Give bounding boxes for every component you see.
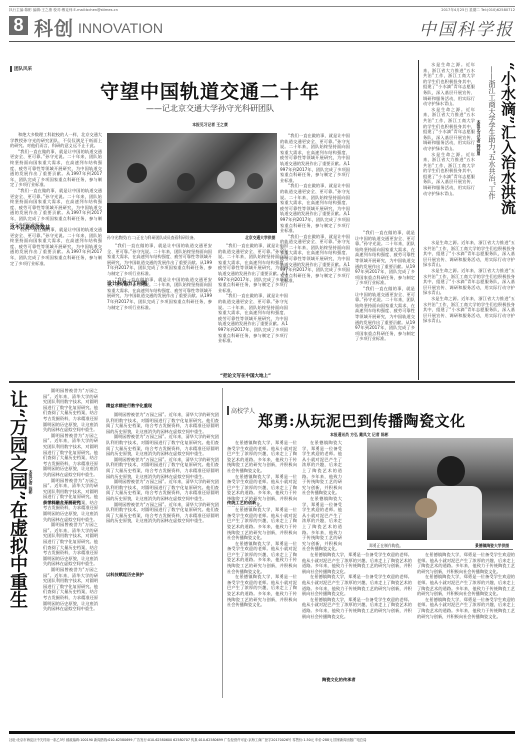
section-title-cn: 科创 xyxy=(34,14,74,41)
left-body-col2: 圆明园曾被誉为“万园之园”。近年来，清华大学的研究团队利用数字技术，对圆明园进行… xyxy=(106,412,219,698)
lead-body-col1: 和绝大多数理工科院校的人一样，北京交通大学教授孙守光的研究团队，不仅仅满足于纸面… xyxy=(10,132,102,374)
lead-subhead-2: 设计标准出了问题 xyxy=(107,280,147,287)
lead-body-col3: “我们一直在做的事，就是让中国的轨道交通更安全、更可靠。”孙守光说。二十年来，团… xyxy=(218,243,288,374)
staff-line: 执行主编:陈彬 编辑:王之康 校对:傅克炜 E-mail:bchen@stime… xyxy=(9,8,118,13)
masthead-top-rule xyxy=(9,6,515,7)
section-divider xyxy=(9,381,515,383)
lead-subhead-3: “把论文写在中国大地上” xyxy=(220,373,271,379)
lead-photo-caption: 孙守光教授(右二)正在与科研团队成员查看科研设备。 xyxy=(107,235,197,241)
side-body-col2: 水是生命之源。近年来，浙江省大力推进“五水共治”工作，浙江工商大学的学生们也积极… xyxy=(423,240,515,375)
feature-body-col4: 在景德镇陶瓷大学，郑勇是一位备受学生欢迎的老师。他从小就对泥巴产生了浓厚的兴趣，… xyxy=(417,552,515,698)
feature-photo-rule xyxy=(367,549,513,550)
lead-side-divider xyxy=(418,60,419,380)
side-byline: 本报见习记者 韩扬眉 xyxy=(477,120,482,156)
side-headline: “小水滴”汇入治水洪流 xyxy=(500,62,516,214)
masthead-bottom-rule xyxy=(9,41,515,42)
feature-photo xyxy=(367,438,513,540)
left-headline: 让“万园之园”在虚拟中重生 xyxy=(7,390,27,609)
lead-subheadline: ——记北京交通大学孙守光科研团队 xyxy=(0,103,420,114)
lead-headline: 守望中国轨道交通二十年 xyxy=(0,77,420,104)
date-line: 2017年4月25日 星期二 Tel:(010)62580712 xyxy=(441,8,515,13)
left-subhead-1: 多学科融合开展研究 xyxy=(43,500,81,506)
feature-headline: 郑勇:从玩泥巴到传播陶瓷文化 xyxy=(258,410,466,431)
page-number-badge: 8 xyxy=(9,16,28,35)
left-body-col1: 圆明园曾被誉为“万园之园”。近年来，清华大学的研究团队利用数字技术，对圆明园进行… xyxy=(43,388,98,698)
footer-info: 社址:北京市海淀区中关村南一条乙3号 邮政编码:100190 新闻热线:010-… xyxy=(9,737,366,742)
left-byline: 本报记者 陈彬 xyxy=(29,470,34,494)
section-title-en: INNOVATION xyxy=(78,20,163,36)
footer-bar xyxy=(9,731,515,734)
feature-subhead-2: 陶瓷文化的传承者 xyxy=(322,677,356,683)
lead-body-col5: “我们一直在做的事，就是让中国的轨道交通更安全、更可靠。”孙守光说。二十年来，团… xyxy=(355,230,415,374)
lead-body-col4: “我们一直在做的事，就是让中国的轨道交通更安全、更可靠。”孙守光说。二十年来，团… xyxy=(280,133,350,373)
feature-column-tag: 高校学人 xyxy=(227,406,255,415)
side-subheadline: ——浙江工商大学学生助力“五水共治”工作 xyxy=(487,66,497,199)
side-body-col1: 水是生命之源。近年来，浙江省大力推进“五水共治”工作，浙江工商大学的学生们也积极… xyxy=(423,62,475,240)
lead-photo xyxy=(107,133,277,233)
left-subhead-2: 精益求精进行数字化重现 xyxy=(106,403,152,409)
lead-body-col2: “我们一直在做的事，就是让中国的轨道交通更安全、更可靠。”孙守光说。二十年来，团… xyxy=(107,243,212,374)
left-feature-divider xyxy=(222,388,223,698)
paper-logo: 中国科学报 xyxy=(419,15,514,40)
column-tag: 团队风采 xyxy=(10,66,32,72)
left-subhead-3: 以科技赋能历史保护 xyxy=(106,572,144,578)
lead-subhead-1: 这不只是经济效益 xyxy=(10,224,50,231)
lead-byline: 本报见习记者 王之康 xyxy=(0,122,420,128)
feature-subhead-1: 传统工艺的创新 xyxy=(227,500,256,506)
lead-photo-credit: 北京交通大学供图 xyxy=(245,235,275,241)
feature-body-col1: 在景德镇陶瓷大学，郑勇是一位备受学生欢迎的老师。他从小就对泥巴产生了浓厚的兴趣，… xyxy=(227,440,297,698)
feature-body-col3: 在景德镇陶瓷大学，郑勇是一位备受学生欢迎的老师。他从小就对泥巴产生了浓厚的兴趣，… xyxy=(302,552,412,698)
